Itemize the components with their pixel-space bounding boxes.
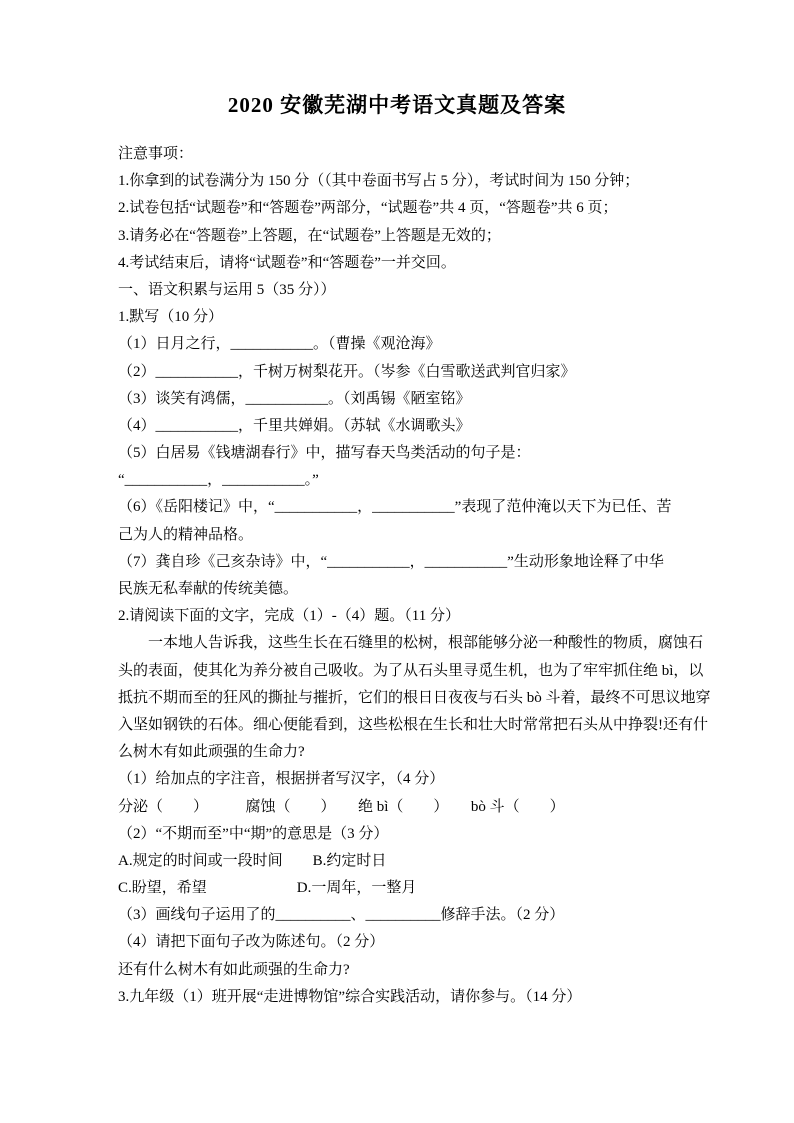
q2-sub-2: （2）“不期而至”中“期”的意思是（3 分） [118, 821, 718, 848]
q1-heading: 1.默写（10 分） [118, 304, 718, 331]
q1-item-1: （1）日月之行，___________。（曹操《观沧海》 [118, 331, 718, 358]
q1-item-6-cont: 己为人的精神品格。 [118, 522, 718, 549]
q1-item-2: （2）___________，千树万树梨花开。（岑参《白雪歌送武判官归家》 [118, 359, 718, 386]
q1-item-5-blanks: “___________，___________。” [118, 467, 718, 494]
q2-sub-4-sentence: 还有什么树木有如此顽强的生命力? [118, 957, 718, 984]
q3-heading: 3.九年级（1）班开展“走进博物馆”综合实践活动，请你参与。（14 分） [118, 984, 718, 1011]
q1-item-6: （6）《岳阳楼记》中，“___________，___________”表现了范… [118, 494, 718, 521]
q2-passage-line-3: 抵抗不期而至的狂风的撕扯与摧折，它们的根日日夜夜与石头 bò 斗着，最终不可思议… [118, 685, 718, 712]
notice-item-3: 3.请务必在“答题卷”上答题，在“试题卷”上答题是无效的； [118, 223, 718, 250]
q2-sub-1-blanks: 分泌（ ） 腐蚀（ ） 绝 bì（ ） bò 斗（ ） [118, 794, 718, 821]
q2-sub-3: （3）画线句子运用了的__________、__________修辞手法。（2 … [118, 902, 718, 929]
q1-item-3: （3）谈笑有鸿儒，___________。（刘禹锡《陋室铭》 [118, 386, 718, 413]
q1-item-7-cont: 民族无私奉献的传统美德。 [118, 576, 718, 603]
q1-item-7: （7）龚自珍《己亥杂诗》中，“___________，___________”生… [118, 549, 718, 576]
notice-item-4: 4.考试结束后，请将“试题卷”和“答题卷”一并交回。 [118, 250, 718, 277]
page-title: 2020 安徽芜湖中考语文真题及答案 [0, 92, 794, 118]
document-body: 注意事项： 1.你拿到的试卷满分为 150 分（（其中卷面书写占 5 分），考试… [118, 141, 718, 1011]
q2-passage-line-5: 么树木有如此顽强的生命力? [118, 739, 718, 766]
q2-passage-line-1: 一本地人告诉我，这些生长在石缝里的松树，根部能够分泌一种酸性的物质，腐蚀石 [118, 630, 718, 657]
notice-heading: 注意事项： [118, 141, 718, 168]
section-one-heading: 一、语文积累与运用 5（35 分）） [118, 277, 718, 304]
notice-item-1: 1.你拿到的试卷满分为 150 分（（其中卷面书写占 5 分），考试时间为 15… [118, 168, 718, 195]
q2-sub-4: （4）请把下面句子改为陈述句。（2 分） [118, 929, 718, 956]
q2-sub-2-options-cd: C.盼望，希望 D.一周年，一整月 [118, 875, 718, 902]
notice-item-2: 2.试卷包括“试题卷”和“答题卷”两部分，“试题卷”共 4 页，“答题卷”共 6… [118, 195, 718, 222]
q1-item-4: （4）___________，千里共婵娟。（苏轼《水调歌头》 [118, 413, 718, 440]
document-page: 2020 安徽芜湖中考语文真题及答案 注意事项： 1.你拿到的试卷满分为 150… [0, 0, 794, 1123]
q1-item-5: （5）白居易《钱塘湖春行》中，描写春天鸟类活动的句子是： [118, 440, 718, 467]
q2-passage-line-2: 头的表面，使其化为养分被自己吸收。为了从石头里寻觅生机，也为了牢牢抓住绝 bì，… [118, 658, 718, 685]
q2-sub-2-options-ab: A.规定的时间或一段时间 B.约定时日 [118, 848, 718, 875]
q2-heading: 2.请阅读下面的文字，完成（1）-（4）题。（11 分） [118, 603, 718, 630]
q2-passage-line-4: 入坚如钢铁的石体。细心便能看到，这些松根在生长和壮大时常常把石头从中挣裂!还有什 [118, 712, 718, 739]
q2-sub-1: （1）给加点的字注音，根据拼者写汉字，（4 分） [118, 766, 718, 793]
